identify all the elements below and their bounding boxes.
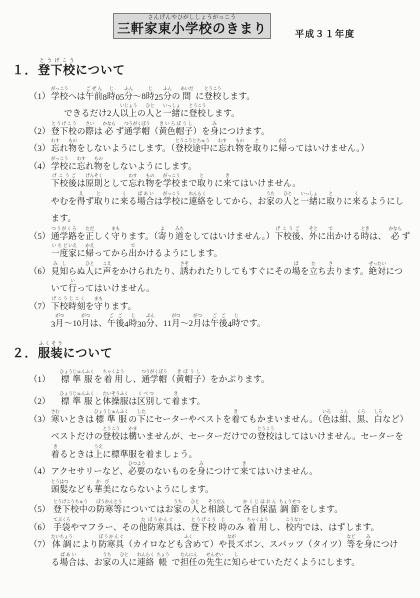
furigana: じ [232, 313, 241, 318]
furigana: つうがくぼう [124, 121, 150, 126]
text-run: る [51, 556, 60, 568]
ruby-annotated-text: 必要ひつよう [128, 461, 145, 477]
ruby-annotated-text: 一緒いっしょ [301, 191, 318, 207]
rule-item: （2） 標準服ひょうじゅんふくと体操服たいそうふくは区別くべつして着きます。 [12, 390, 408, 408]
section-heading: ２．服装ふくそうについて [12, 339, 408, 361]
furigana: がっこう [51, 156, 68, 161]
ruby-annotated-text: 得え [77, 191, 86, 207]
furigana: え [77, 191, 86, 196]
item-text: 登下校とうげこうの際さいは必かならず通学帽つうがくぼう（黄色帽子きいろぼうし）を… [51, 119, 408, 137]
furigana: がつ [55, 313, 64, 318]
rule-item: （4）学校がっこうに忘わすれ物ものをしないようにします。下校後げこうごは原則げん… [12, 154, 408, 224]
furigana: いちど [51, 243, 68, 248]
ruby-annotated-text: 標準服ひょうじゅんふく [60, 391, 94, 407]
text-run: のみ [227, 521, 246, 533]
furigana: い [68, 278, 77, 283]
furigana: とうげこう [51, 121, 77, 126]
rule-line: やむを得えず取とりに来くる場合ばあいは学校がっこうに連絡れんらくをしてから、お家… [51, 189, 408, 207]
text-run: れ [85, 160, 94, 172]
text-run: ってはいけません。 [77, 282, 155, 294]
furigana: き [223, 173, 232, 178]
item-text: 登下校中とうげこうちゅうの防寒等ぼうかんとうについてはお家うちの人ひとと相談そう… [51, 498, 408, 516]
item-marker: （3） [29, 407, 51, 425]
rule-item: （6） 手袋てぶくろやマフラー、その他た防寒具ぼうかんぐは、登下校とうげこう 時… [12, 515, 408, 533]
furigana: み [364, 534, 373, 539]
text-run: は [154, 195, 163, 207]
text-run: 、 [300, 230, 309, 242]
furigana: まも [94, 296, 103, 301]
rule-line: 通学路つうがくろを正ただしく守まもります。（寄より道みちをしてはいけません。）下… [51, 224, 408, 242]
furigana: ひと [191, 499, 200, 504]
ruby-annotated-text: 着用ちゃくよう [103, 369, 125, 385]
furigana: ふくそう [38, 342, 63, 347]
text-run: で [169, 556, 180, 568]
ruby-annotated-text: 来き [240, 461, 249, 477]
text-run: は [94, 125, 103, 137]
text-run: （カイロなども [124, 538, 184, 550]
rule-line: 3月がつ～10月がつは、午後ごご4時じ30分ぷん、11月がつ～2月がつは午後ごご… [51, 312, 408, 330]
rule-item: （7）体調たいちょうにより防寒具ぼうかんぐ（カイロなども含ふくめて）や長ながズボ… [12, 533, 408, 568]
ruby-annotated-text: 月がつ [172, 313, 181, 329]
ruby-annotated-text: 立た [309, 261, 318, 277]
furigana: き [231, 409, 240, 414]
text-run: のないものを [145, 465, 197, 477]
text-run: として [103, 177, 129, 189]
text-run: の [172, 90, 181, 102]
text-run: を [154, 177, 163, 189]
furigana: で [128, 243, 137, 248]
item-marker: （5） [29, 224, 51, 242]
document-body: １．登下校とうげこうについて（1）学校がっこうへは午前ごぜん8時じ05分ふん～8… [0, 46, 420, 568]
rule-line: 体調たいちょうにより防寒具ぼうかんぐ（カイロなども含ふくめて）や長ながズボン、ス… [51, 533, 408, 551]
text-run: 25 [154, 92, 163, 102]
text-run: ち [318, 265, 327, 277]
item-text: 標準服ひょうじゅんふくと体操服たいそうふくは区別くべつして着きます。 [51, 390, 408, 408]
furigana: ちゃくよう [103, 369, 125, 374]
text-run: めて）や [193, 538, 227, 550]
furigana: とうげこうちゅう [53, 499, 87, 504]
text-run: と [292, 195, 301, 207]
text-run: ます。 [180, 395, 205, 407]
text-run: して [154, 395, 171, 407]
ruby-annotated-text: 帰かえ [85, 243, 94, 259]
ruby-annotated-text: 一度いちど [51, 243, 68, 259]
text-run: の [197, 556, 206, 568]
ruby-annotated-text: 区別くべつ [137, 391, 154, 407]
furigana: み [197, 461, 206, 466]
furigana: とうこう [189, 103, 206, 108]
text-run: にセーターやベストを [146, 413, 232, 425]
item-marker: （6） [29, 515, 51, 533]
ruby-annotated-text: 午後ごご [210, 313, 227, 329]
text-run: に [193, 90, 204, 102]
furigana: いっしょ [301, 191, 318, 196]
text-run: を [85, 300, 94, 312]
text-run: に [94, 265, 103, 277]
ruby-annotated-text: 構かま [128, 426, 137, 442]
text-run: は、 [369, 230, 388, 242]
text-run: かける [335, 230, 361, 242]
ruby-annotated-text: 長なが [227, 534, 236, 550]
furigana: れんらく [189, 191, 206, 196]
ruby-annotated-text: 服装ふくそう [38, 342, 63, 361]
ruby-annotated-text: 着き [51, 444, 60, 460]
ruby-annotated-text: 忘わす [218, 138, 227, 154]
text-run: かけるようにします。 [137, 247, 222, 259]
furigana: たいちょう [51, 534, 73, 539]
ruby-annotated-text: 見知みし [51, 261, 68, 277]
furigana: つうがくろ [51, 226, 77, 231]
furigana: き [240, 461, 249, 466]
text-run: し、 [124, 373, 141, 385]
ruby-annotated-text: 場ば [292, 261, 301, 277]
ruby-annotated-text: 来き [223, 173, 232, 189]
ruby-annotated-text: 人ひと [191, 499, 200, 515]
furigana: わす [77, 156, 86, 161]
rule-item: （5） 登下校中とうげこうちゅうの防寒等ぼうかんとうについてはお家うちの人ひとと… [12, 498, 408, 516]
furigana: ふん [124, 86, 133, 91]
text-run: に [180, 107, 189, 119]
ruby-annotated-text: 忘わす [51, 138, 60, 154]
ruby-annotated-text: 出で [326, 226, 335, 242]
text-run: りに [261, 142, 278, 154]
text-run: いときは [60, 413, 94, 425]
furigana: た [139, 517, 148, 522]
text-run: なども [68, 483, 94, 495]
ruby-annotated-text: 調節ちょうせつ [279, 499, 301, 515]
item-text: 学校がっこうに忘わすれ物ものをしないようにします。下校後げこうごは原則げんそくと… [51, 154, 408, 224]
text-run: は [120, 430, 129, 442]
ruby-annotated-text: 連絡れんらく [189, 191, 206, 207]
ruby-annotated-text: 白しろ [374, 409, 383, 425]
furigana: かなら [389, 226, 402, 231]
rule-item: （5）通学路つうがくろを正ただしく守まもります。（寄より道みちをしてはいけません… [12, 224, 408, 259]
ruby-annotated-text: 華美かび [94, 479, 111, 495]
text-run: など） [382, 413, 408, 425]
ruby-annotated-text: 着き [171, 391, 180, 407]
ruby-annotated-text: 知し [232, 552, 241, 568]
text-run: して [225, 503, 242, 515]
text-run: いませんが、セーターだけでの [137, 430, 257, 442]
furigana: そと [309, 226, 318, 231]
rule-line: る場合ばあいは、お家うちの人ひとに連絡れんらく 帳ちょう で担任たんにんの先生せ… [51, 550, 408, 568]
text-run: します。 [206, 107, 240, 119]
furigana: うち [266, 191, 275, 196]
text-run: を [244, 142, 253, 154]
ruby-annotated-text: 登校とうこう [189, 103, 206, 119]
page-title: 三軒家東小学校のきまり [114, 21, 270, 36]
text-run: へは [68, 90, 85, 102]
text-run: の [275, 195, 284, 207]
ruby-annotated-text: 時じ [129, 313, 138, 329]
item-text: 学校がっこうへは午前ごぜん8時じ05分ふん～8時じ25分ふんの間あいだ に登校と… [51, 84, 408, 119]
ruby-annotated-text: 分ふん [124, 86, 133, 102]
rule-line: 寒さむいときは標準服ひょうじゅんふくの下したにセーターやベストを着きてもかまいま… [51, 407, 408, 425]
furigana: しろ [374, 409, 383, 414]
text-run: です。 [241, 317, 266, 329]
text-run: われたりしてもすぐにその [189, 265, 292, 277]
item-text: アクセサリーなど、必要ひつようのないものを身みにつけて来きてはいけません。頭髪と… [51, 460, 408, 495]
ruby-annotated-text: 一緒いっしょ [163, 103, 180, 119]
text-run: と [154, 107, 163, 119]
item-marker: （1） [29, 84, 51, 102]
document-header: さんげんやひがししょうがっこう 三軒家東小学校のきまり 平成３１年度 [0, 0, 420, 46]
furigana: かえ [85, 243, 94, 248]
text-run: ず [402, 230, 411, 242]
furigana: ごぜん [85, 86, 102, 91]
furigana: で [326, 226, 335, 231]
furigana: た [309, 261, 318, 266]
text-run: は [77, 177, 86, 189]
ruby-annotated-text: 人ひと [146, 103, 155, 119]
text-run: ベストだけの [51, 430, 103, 442]
ruby-annotated-text: 時じ [219, 517, 228, 533]
furigana: ぼうかんぐ [148, 517, 174, 522]
text-run: （ [150, 125, 159, 137]
text-run: に [77, 247, 86, 259]
furigana: じ [107, 86, 116, 91]
furigana: そうだん [208, 499, 225, 504]
ruby-annotated-text: 紺こん [339, 409, 348, 425]
ruby-annotated-text: 他た [139, 517, 148, 533]
text-run: は、 [90, 317, 107, 329]
rule-item: （4）アクセサリーなど、必要ひつようのないものを身みにつけて来きてはいけません。… [12, 460, 408, 495]
text-run: と [94, 395, 103, 407]
ruby-annotated-text: 相談そうだん [208, 499, 225, 515]
text-run: をかけられたり、 [111, 265, 180, 277]
furigana: した [137, 409, 146, 414]
furigana: ひと [85, 261, 94, 266]
furigana: わす [128, 173, 137, 178]
furigana: かなら [103, 121, 116, 126]
ruby-annotated-text: 必かなら [389, 226, 402, 242]
furigana: かま [128, 426, 137, 431]
ruby-annotated-text: 先生せんせい [206, 552, 223, 568]
text-run: ～2 [180, 317, 193, 329]
ruby-annotated-text: 人ひと [120, 552, 129, 568]
ruby-annotated-text: 保温ほおん [260, 499, 277, 515]
text-run: るようにし [361, 195, 404, 207]
ruby-annotated-text: 登校とうこう [103, 426, 120, 442]
furigana: げこうじこく [51, 296, 85, 301]
furigana: がっこう [163, 191, 180, 196]
ruby-annotated-text: 下校後げこうご [51, 173, 77, 189]
text-run: し、 [268, 521, 285, 533]
furigana: くろ [357, 409, 366, 414]
item-marker: （7） [29, 294, 51, 312]
rule-item: （3）忘わすれ物ものをしないようにします。（登校途中とうこうとちゅうに忘わすれ物… [12, 137, 408, 155]
text-run: できるだけ2人 [64, 107, 120, 119]
furigana: と [253, 138, 262, 143]
rule-line: いて行いってはいけません。 [51, 277, 408, 295]
furigana: み [210, 121, 219, 126]
furigana: もの [235, 138, 244, 143]
item-text: 忘わすれ物ものをしないようにします。（登校途中とうこうとちゅうに忘わすれ物ものを… [51, 137, 408, 155]
furigana: ちゃくよう [247, 517, 269, 522]
text-run: 30 [137, 319, 146, 329]
ruby-annotated-text: 標準服ひょうじゅんふく [60, 369, 94, 385]
furigana: げこうご [275, 226, 301, 231]
ruby-annotated-text: 学校がっこう [163, 191, 180, 207]
furigana: わす [218, 138, 227, 143]
rule-line: 学校がっこうに忘わすれ物ものをしないようにします。 [51, 154, 408, 172]
furigana: ばあい [60, 552, 77, 557]
ruby-annotated-text: 取と [326, 191, 335, 207]
furigana: ふく [184, 534, 193, 539]
ruby-annotated-text: 身み [197, 461, 206, 477]
text-run: ります。 [103, 300, 137, 312]
ruby-annotated-text: 学校がっこう [51, 86, 68, 102]
furigana: ぼうかんとう [96, 499, 122, 504]
ruby-annotated-text: 手袋てぶくろ [53, 517, 70, 533]
furigana: いろ [322, 409, 331, 414]
ruby-annotated-text: 午後ごご [107, 313, 124, 329]
ruby-annotated-text: 登校とうこう [204, 86, 221, 102]
text-run: やマフラー、その [70, 521, 138, 533]
text-run: をしてはいけません。） [184, 230, 275, 242]
item-text: 通学路つうがくろを正ただしく守まもります。（寄より道みちをしてはいけません。）下… [51, 224, 408, 259]
furigana: ひと [120, 552, 129, 557]
ruby-annotated-text: 場合ばあい [60, 552, 77, 568]
furigana: く [352, 191, 361, 196]
item-text: 下校時刻げこうじこくを守まもります。3月がつ～10月がつは、午後ごご4時じ30分… [51, 294, 408, 329]
ruby-annotated-text: 学校がっこう [163, 173, 180, 189]
rule-line: 標準服ひょうじゅんふくを着用ちゃくようし、通学帽つうがくぼう（黄帽子きぼうし）を… [51, 367, 408, 385]
rule-line: 手袋てぶくろやマフラー、その他た防寒具ぼうかんぐは、登下校とうげこう 時じのみ … [51, 515, 408, 533]
text-run: り [167, 230, 176, 242]
furigana: さい [85, 121, 94, 126]
text-run: りに [103, 195, 120, 207]
text-run: ます。 [51, 212, 76, 224]
text-run: は、お [77, 556, 103, 568]
section-number: ２． [12, 344, 37, 361]
furigana: じ [146, 86, 155, 91]
ruby-annotated-text: 防寒等ぼうかんとう [96, 499, 122, 515]
furigana: かくじ [242, 499, 259, 504]
furigana: かび [94, 479, 111, 484]
text-run: りに [206, 177, 223, 189]
ruby-annotated-text: 標準服ひょうじゅんふく [94, 409, 128, 425]
text-run: と [199, 503, 208, 515]
rule-line: 頭髪とうはつなども華美かびにならないようにします。 [51, 477, 408, 495]
ruby-annotated-text: 通学路つうがくろ [51, 226, 77, 242]
furigana: とうこうとちゅう [175, 138, 209, 143]
ruby-annotated-text: 黒くろ [357, 409, 366, 425]
furigana: ごご [210, 313, 227, 318]
furigana: ひと [283, 191, 292, 196]
ruby-annotated-text: 通学帽つうがくぼう [124, 121, 150, 137]
ruby-annotated-text: 下した [137, 409, 146, 425]
furigana: とうこう [204, 86, 221, 91]
ruby-annotated-text: 家いえ [68, 243, 77, 259]
furigana: と [94, 191, 103, 196]
text-run: について [63, 344, 113, 361]
furigana: げこうご [51, 173, 77, 178]
furigana: げんそく [85, 173, 102, 178]
ruby-annotated-text: 取と [253, 138, 262, 154]
furigana: さむ [51, 409, 60, 414]
furigana: こん [339, 409, 348, 414]
furigana: さ [326, 261, 335, 266]
document-page: さんげんやひがししょうがっこう 三軒家東小学校のきまり 平成３１年度 １．登下校… [0, 0, 420, 598]
ruby-annotated-text: 時とき [361, 226, 370, 242]
text-run: についてはお [122, 503, 173, 515]
furigana: ひょうじゅんふく [60, 391, 94, 396]
ruby-annotated-text: 寄よ [158, 226, 167, 242]
text-run: ～8 [133, 90, 146, 102]
text-run: に [318, 230, 327, 242]
ruby-annotated-text: 体操服たいそうふく [103, 391, 129, 407]
furigana: みし [51, 261, 68, 266]
text-run: をしてから、お [206, 195, 266, 207]
text-run: の [77, 125, 86, 137]
ruby-annotated-text: 黄帽子きぼうし [176, 369, 202, 385]
furigana: うち [174, 499, 183, 504]
furigana: よ [158, 226, 167, 231]
text-run: の [111, 556, 120, 568]
ruby-annotated-text: 頭髪とうはつ [51, 479, 68, 495]
text-run: に標準服を着ましょう。 [103, 448, 198, 460]
rule-line: 一度いちど家いえに帰かえってから出でかけるようにします。 [51, 242, 408, 260]
ruby-annotated-text: 誘さそ [180, 261, 189, 277]
furigana: く [120, 191, 129, 196]
furigana: ぷん [146, 313, 155, 318]
text-run: てはいけません。 [248, 465, 317, 477]
text-run: につけ [372, 538, 398, 550]
ruby-annotated-text: 絶対ぜったい [369, 261, 386, 277]
text-run: は [202, 317, 211, 329]
ruby-annotated-text: 下校後げこうご [275, 226, 301, 242]
furigana: いっしょ [163, 103, 180, 108]
text-run: にならないようにします。 [111, 483, 214, 495]
furigana: たいそうふく [103, 391, 129, 396]
furigana: ばあい [137, 191, 154, 196]
ruby-annotated-text: 行い [68, 278, 77, 294]
furigana: まも [111, 226, 120, 231]
text-run: （ [167, 373, 176, 385]
text-run: やむを [51, 195, 77, 207]
ruby-annotated-text: 通学帽つうがくぼう [141, 369, 167, 385]
text-run: てはいけません。 [232, 177, 301, 189]
furigana: し [232, 552, 241, 557]
furigana: せんせい [206, 552, 223, 557]
furigana: あいだ [180, 86, 193, 91]
furigana: ちょう [157, 552, 170, 557]
ruby-annotated-text: 月がつ [193, 313, 202, 329]
furigana: ひと [146, 103, 155, 108]
ruby-annotated-text: 取と [94, 191, 103, 207]
furigana: じ [219, 517, 228, 522]
furigana: わす [51, 138, 60, 143]
item-text: 寒さむいときは標準服ひょうじゅんふくの下したにセーターやベストを着きてもかまいま… [51, 407, 408, 460]
furigana: つうがくぼう [141, 369, 167, 374]
furigana: もの [68, 138, 77, 143]
ruby-annotated-text: 帰かえ [278, 138, 287, 154]
furigana: がっこう [51, 86, 68, 91]
rule-line: ベストだけの登校とうこうは構かまいませんが、セーターだけでの登校とうこうはしては… [51, 425, 408, 443]
ruby-annotated-text: 校内こうない [285, 517, 302, 533]
ruby-annotated-text: 身み [364, 534, 373, 550]
ruby-annotated-text: 月がつ [55, 313, 64, 329]
text-run: ります。（ [120, 230, 158, 242]
rule-line: 登下校中とうげこうちゅうの防寒等ぼうかんとうについてはお家うちの人ひとと相談そう… [51, 498, 408, 516]
ruby-annotated-text: 物もの [146, 173, 155, 189]
text-run: をしないようにします。 [103, 160, 197, 172]
ruby-annotated-text: 出で [128, 243, 137, 259]
text-run: につけます。 [219, 125, 270, 137]
section-heading: １．登下校とうげこうについて [12, 56, 408, 78]
text-run [51, 395, 60, 407]
